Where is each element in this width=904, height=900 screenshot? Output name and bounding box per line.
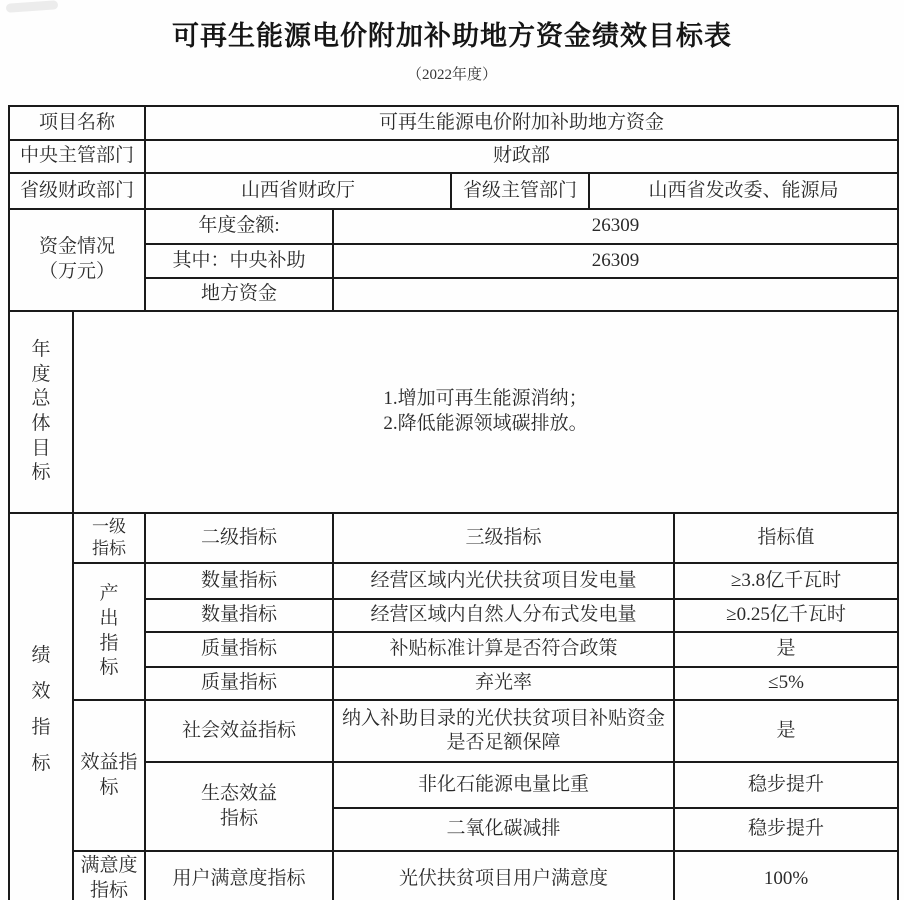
scan-artifact — [6, 0, 59, 13]
page-subtitle: （2022年度） — [0, 63, 904, 84]
prov-dept-value: 山西省发改委、能源局 — [589, 173, 898, 209]
perf-row-value: ≥3.8亿千瓦时 — [674, 563, 898, 599]
perf-group-output-label: 产 出 指 标 — [73, 563, 145, 700]
table-row: 产 出 指 标 数量指标 经营区域内光伏扶贫项目发电量 ≥3.8亿千瓦时 — [9, 563, 898, 599]
annual-goal-label: 年 度 总 体 目 标 — [9, 311, 73, 513]
perf-row-level3: 非化石能源电量比重 — [333, 762, 674, 808]
perf-row-level2: 数量指标 — [145, 599, 333, 632]
perf-row-level3: 二氧化碳减排 — [333, 808, 674, 851]
prov-finance-label: 省级财政部门 — [9, 173, 145, 209]
perf-row-value: ≤5% — [674, 667, 898, 700]
perf-row-value: 稳步提升 — [674, 762, 898, 808]
table-row: 省级财政部门 山西省财政厅 省级主管部门 山西省发改委、能源局 — [9, 173, 898, 209]
central-dept-value: 财政部 — [145, 140, 898, 173]
annual-goal-content: 1.增加可再生能源消纳； 2.降低能源领域碳排放。 — [73, 311, 898, 513]
perf-header-level3: 三级指标 — [333, 513, 674, 563]
funding-section-label: 资金情况 （万元） — [9, 209, 145, 311]
perf-row-value: 是 — [674, 632, 898, 667]
table-row: 绩 效 指 标 一级 指标 二级指标 三级指标 指标值 — [9, 513, 898, 563]
funding-central-subsidy-label: 其中：中央补助 — [145, 244, 333, 278]
prov-dept-label: 省级主管部门 — [451, 173, 589, 209]
perf-row-level2: 数量指标 — [145, 563, 333, 599]
perf-row-level2: 生态效益 指标 — [145, 762, 333, 851]
project-name-value: 可再生能源电价附加补助地方资金 — [145, 106, 898, 140]
table-row: 年 度 总 体 目 标 1.增加可再生能源消纳； 2.降低能源领域碳排放。 — [9, 311, 898, 513]
perf-row-level3: 纳入补助目录的光伏扶贫项目补贴资金 是否足额保障 — [333, 700, 674, 762]
funding-annual-label: 年度金额: — [145, 209, 333, 244]
project-name-label: 项目名称 — [9, 106, 145, 140]
perf-row-value: 是 — [674, 700, 898, 762]
perf-row-level3: 弃光率 — [333, 667, 674, 700]
prov-finance-value: 山西省财政厅 — [145, 173, 451, 209]
perf-row-level2: 社会效益指标 — [145, 700, 333, 762]
page-title: 可再生能源电价附加补助地方资金绩效目标表 — [0, 14, 904, 53]
perf-row-value: 稳步提升 — [674, 808, 898, 851]
perf-row-value: ≥0.25亿千瓦时 — [674, 599, 898, 632]
perf-row-level2: 质量指标 — [145, 667, 333, 700]
perf-header-level1: 一级 指标 — [73, 513, 145, 563]
perf-header-value: 指标值 — [674, 513, 898, 563]
table-row: 满意度 指标 用户满意度指标 光伏扶贫项目用户满意度 100% — [9, 851, 898, 900]
perf-row-level3: 补贴标准计算是否符合政策 — [333, 632, 674, 667]
table-row: 中央主管部门 财政部 — [9, 140, 898, 173]
table-row: 项目名称 可再生能源电价附加补助地方资金 — [9, 106, 898, 140]
perf-section-label: 绩 效 指 标 — [9, 513, 73, 900]
table-row: 资金情况 （万元） 年度金额: 26309 — [9, 209, 898, 244]
perf-group-benefit-label: 效益指 标 — [73, 700, 145, 851]
perf-row-level2: 用户满意度指标 — [145, 851, 333, 900]
table-row: 效益指 标 社会效益指标 纳入补助目录的光伏扶贫项目补贴资金 是否足额保障 是 — [9, 700, 898, 762]
funding-annual-value: 26309 — [333, 209, 898, 244]
perf-group-satisfaction-label: 满意度 指标 — [73, 851, 145, 900]
performance-target-table: 项目名称 可再生能源电价附加补助地方资金 中央主管部门 财政部 省级财政部门 山… — [8, 105, 899, 900]
central-dept-label: 中央主管部门 — [9, 140, 145, 173]
document-page: 可再生能源电价附加补助地方资金绩效目标表 （2022年度） 项目名称 可再生能源… — [0, 0, 904, 900]
perf-row-level3: 经营区域内自然人分布式发电量 — [333, 599, 674, 632]
perf-row-level3: 经营区域内光伏扶贫项目发电量 — [333, 563, 674, 599]
funding-local-value — [333, 278, 898, 311]
perf-header-level2: 二级指标 — [145, 513, 333, 563]
funding-central-subsidy-value: 26309 — [333, 244, 898, 278]
perf-row-level3: 光伏扶贫项目用户满意度 — [333, 851, 674, 900]
funding-local-label: 地方资金 — [145, 278, 333, 311]
perf-row-value: 100% — [674, 851, 898, 900]
perf-row-level2: 质量指标 — [145, 632, 333, 667]
